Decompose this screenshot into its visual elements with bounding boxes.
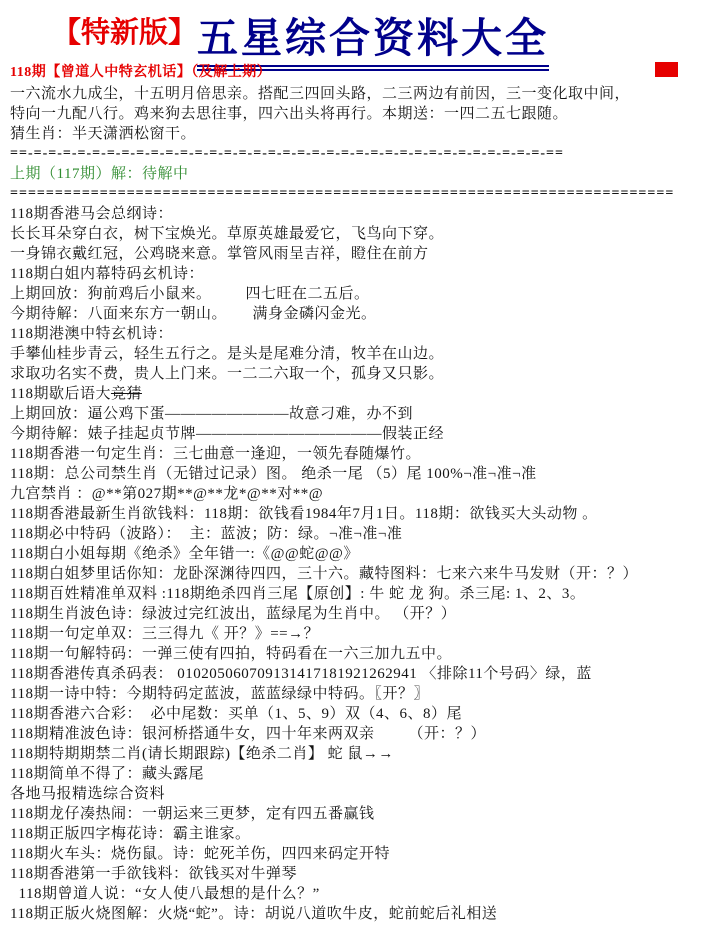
prev-issue-result: 上期（117期）解：待解中 <box>10 164 702 184</box>
content-body: 一六流水九成尘，十五明月倍思亲。搭配三四回头路，二三两边有前因，三一变化取中间，… <box>0 84 702 924</box>
verse-line: 猜生肖：半天潇洒松窗干。 <box>10 124 702 144</box>
info-line: 118期白小姐每期《绝杀》全年错一:《@@蛇@@》 <box>10 544 702 564</box>
info-line: 118期正版四字梅花诗：霸主谁家。 <box>10 824 702 844</box>
info-line: 118期百姓精准单双料 :118期绝杀四肖三尾【原创】: 牛 蛇 龙 狗。杀三尾… <box>10 584 702 604</box>
info-line: 118期简单不得了：藏头露尾 <box>10 764 702 784</box>
page-header: 【特新版】五星综合资料大全 <box>0 0 702 61</box>
info-line: 118期白姐梦里话你知：龙卧深渊待四四，三十六。藏特图料：七来六来牛马发财（开：… <box>10 564 702 584</box>
verse-line: 特向一九配八行。鸡来狗去思往事，四六出头将再行。本期送：一四二五七跟随。 <box>10 104 702 124</box>
section-title: 118期白姐内幕特码玄机诗： <box>10 264 702 284</box>
special-edition-badge: 【特新版】 <box>52 17 197 49</box>
struck-text: 竞猜 <box>111 386 142 402</box>
verse-line: 求取功名实不费，贵人上门来。一二二六取一个，孤身又只影。 <box>10 364 702 384</box>
info-line: 118期曾道人说：“女人使八最想的是什么？” <box>10 884 702 904</box>
info-line: 118期火车头：烧伤鼠。诗：蛇死羊伤，四四来码定开特 <box>10 844 702 864</box>
info-line: 118期一句定单双：三三得九《 开？》==→？ <box>10 624 702 644</box>
issue-subtitle-row: 118期【曾道人中特玄机话】（及解上期） <box>0 61 702 84</box>
info-line: 118期生肖波色诗：绿波过完红波出，蓝绿尾为生肖中。 （开？） <box>10 604 702 624</box>
info-line: 118期正版火烧图解：火烧“蛇”。诗：胡说八道吹牛皮，蛇前蛇后礼相送 <box>10 904 702 924</box>
section-title-text: 118期歇后语大 <box>10 386 111 402</box>
verse-line: 今期待解：八面来东方一朝山。 满身金磷闪金光。 <box>10 304 702 324</box>
info-line: 118期香港六合彩： 必中尾数：买单（1、5、9）双（4、6、8）尾 <box>10 704 702 724</box>
info-line: 118期一诗中特：今期特码定蓝波，蓝蓝绿绿中特码。〖开？〗 <box>10 684 702 704</box>
verse-line: 一身锦衣戴红冠，公鸡晓来意。掌管风雨呈吉祥，瞪住在前方 <box>10 244 702 264</box>
verse-line: 上期回放：狗前鸡后小鼠来。 四七旺在二五后。 <box>10 284 702 304</box>
verse-line: 手攀仙桂步青云，轻生五行之。是头是尾难分清，牧羊在山边。 <box>10 344 702 364</box>
info-line: 118期香港传真杀码表： 010205060709131417181921262… <box>10 664 702 684</box>
info-line: 118期香港第一手欲钱料：欲钱买对牛弹琴 <box>10 864 702 884</box>
verse-line: 上期回放：逼公鸡下蛋————————故意刁难，办不到 <box>10 404 702 424</box>
section-title: 118期港澳中特玄机诗： <box>10 324 702 344</box>
info-line: 118期香港最新生肖欲钱料：118期：欲钱看1984年7月1日。118期：欲钱买… <box>10 504 702 524</box>
verse-line: 长长耳朵穿白衣，树下宝焕光。草原英雄最爱它，飞鸟向下穿。 <box>10 224 702 244</box>
info-line: 九宫禁肖 ：@**第027期**@**龙*@**对**@ <box>10 484 702 504</box>
divider: ==-=-=-=-=-=-=-=-=-=-=-=-=-=-=-=-=-=-=-=… <box>10 144 702 164</box>
info-line: 118期香港一句定生肖：三七曲意一逢迎，一领先春随爆竹。 <box>10 444 702 464</box>
info-line: 118期一句解特码：一弹三使有四拍，特码看在一六三加九五中。 <box>10 644 702 664</box>
verse-line: 今期待解：婊子挂起贞节牌————————————假装正经 <box>10 424 702 444</box>
info-line: 118期精准波色诗：银河桥搭通牛女，四十年来两双亲 （开：？） <box>10 724 702 744</box>
issue-subtitle: 118期【曾道人中特玄机话】（及解上期） <box>10 65 271 80</box>
info-line: 118期特期期禁二肖(请长期跟踪)【绝杀二肖】 蛇 鼠→→ <box>10 744 702 764</box>
info-line: 118期：总公司禁生肖（无错过记录）图。 绝杀一尾 （5）尾 100%¬准¬准¬… <box>10 464 702 484</box>
divider: ========================================… <box>10 184 702 204</box>
section-title: 118期香港马会总纲诗： <box>10 204 702 224</box>
info-line: 118期必中特码（波路）： 主：蓝波；防：绿。¬准¬准¬准 <box>10 524 702 544</box>
red-marker <box>655 62 678 77</box>
verse-line: 一六流水九成尘，十五明月倍思亲。搭配三四回头路，二三两边有前因，三一变化取中间， <box>10 84 702 104</box>
section-title: 118期歇后语大竞猜 <box>10 384 702 404</box>
info-line: 118期龙仔凑热闹：一朝运来三更梦，定有四五番赢钱 <box>10 804 702 824</box>
section-title: 各地马报精选综合资料 <box>10 784 702 804</box>
